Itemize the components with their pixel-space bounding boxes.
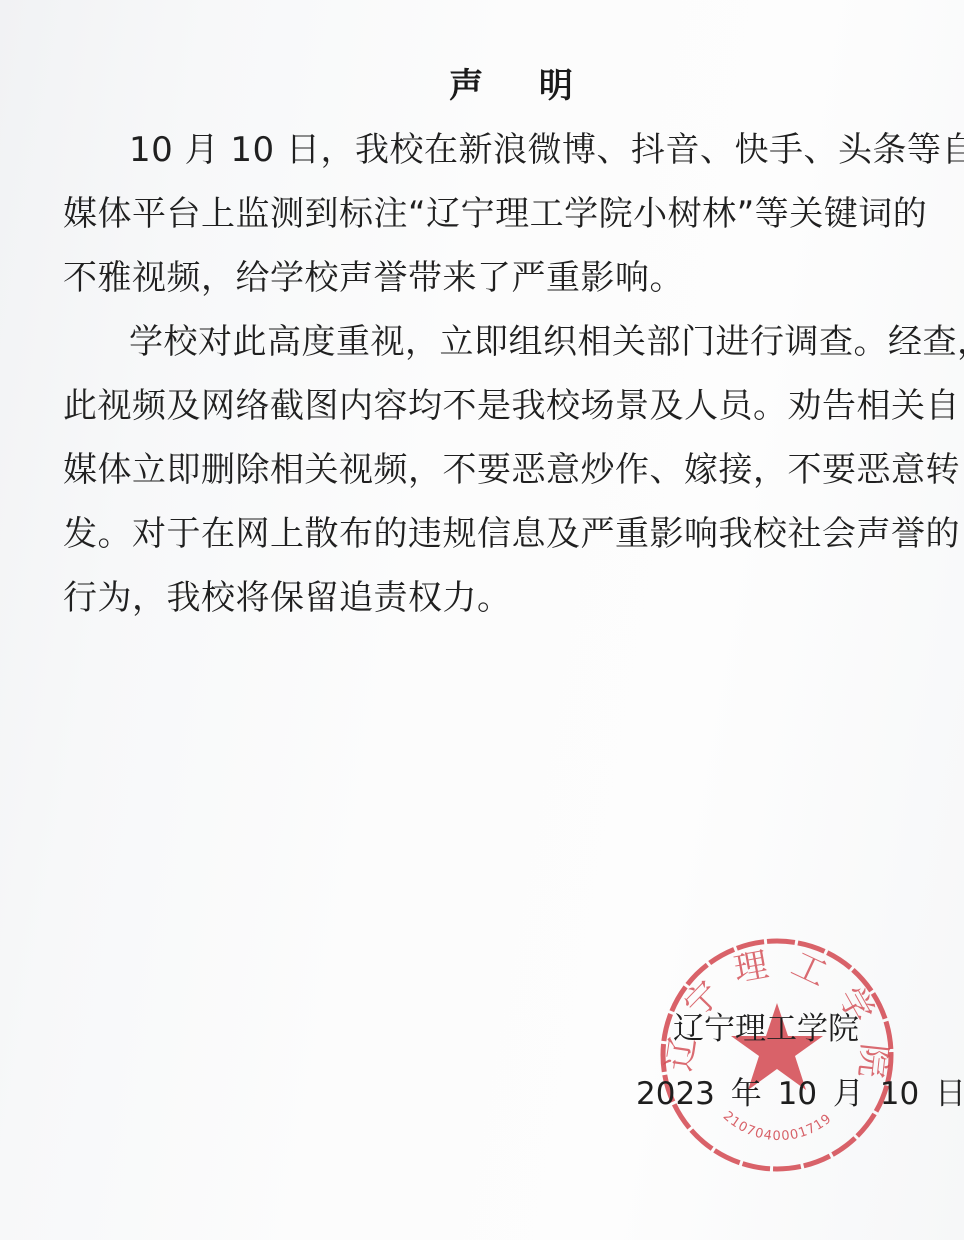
document-title: 声 明 <box>0 58 964 107</box>
paragraph-1: 10 月 10 日，我校在新浪微博、抖音、快手、头条等自 媒体平台上监测到标注“… <box>63 118 913 310</box>
document-body: 10 月 10 日，我校在新浪微博、抖音、快手、头条等自 媒体平台上监测到标注“… <box>63 118 913 630</box>
text-line: 媒体平台上监测到标注“辽宁理工学院小树林”等关键词的 <box>63 182 913 246</box>
text-line: 行为，我校将保留追责权力。 <box>63 566 913 630</box>
paragraph-2: 学校对此高度重视，立即组织相关部门进行调查。经查， 此视频及网络截图内容均不是我… <box>63 310 913 630</box>
signature-date: 2023 年 10 月 10 日 <box>636 1068 964 1113</box>
text-line: 发。对于在网上散布的违规信息及严重影响我校社会声誉的 <box>63 502 913 566</box>
stamp-serial: 2107040001719 <box>720 1109 835 1144</box>
signature-organization: 辽宁理工学院 <box>673 1003 859 1048</box>
text-line: 媒体立即删除相关视频，不要恶意炒作、嫁接，不要恶意转 <box>63 438 913 502</box>
text-line: 不雅视频，给学校声誉带来了严重影响。 <box>63 246 913 310</box>
text-line: 此视频及网络截图内容均不是我校场景及人员。劝告相关自 <box>63 374 913 438</box>
svg-text:2107040001719: 2107040001719 <box>720 1109 835 1144</box>
official-seal-icon: 辽宁理工学院 2107040001719 <box>657 935 897 1175</box>
statement-document: 声 明 10 月 10 日，我校在新浪微博、抖音、快手、头条等自 媒体平台上监测… <box>0 0 964 1240</box>
text-line: 学校对此高度重视，立即组织相关部门进行调查。经查， <box>63 310 913 374</box>
text-line: 10 月 10 日，我校在新浪微博、抖音、快手、头条等自 <box>63 118 913 182</box>
